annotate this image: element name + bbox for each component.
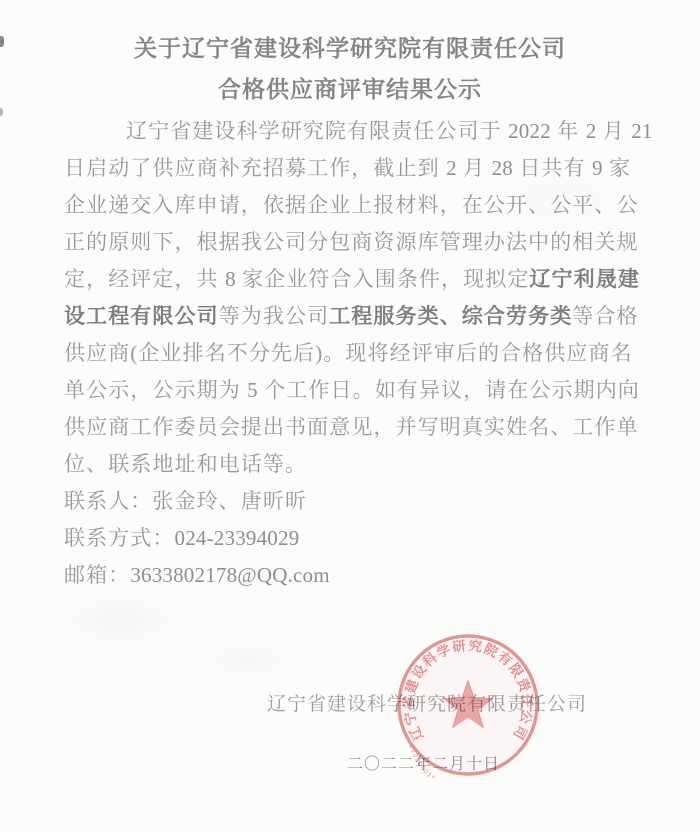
body-line: 供应商工作委员会提出书面意见，并写明真实姓名、工作单 bbox=[64, 409, 644, 446]
body-line: 辽宁省建设科学研究院有限责任公司于 2022 年 2 月 21 bbox=[64, 113, 644, 150]
document-page: 关于辽宁省建设科学研究院有限责任公司 合格供应商评审结果公示 辽宁省建设科学研究… bbox=[0, 0, 700, 832]
body-line: 企业递交入库申请，依据企业上报材料，在公开、公平、公 bbox=[64, 187, 644, 224]
body-line: 单公示，公示期为 5 个工作日。如有异议，请在公示期内向 bbox=[64, 372, 644, 409]
body-line: 日启动了供应商补充招募工作，截止到 2 月 28 日共有 9 家 bbox=[64, 150, 644, 187]
body-line: 供应商(企业排名不分先后)。现将经评审后的合格供应商名 bbox=[64, 335, 644, 372]
title-line-2: 合格供应商评审结果公示 bbox=[0, 69, 700, 110]
body-line: 邮箱：3633802178@QQ.com bbox=[64, 557, 644, 594]
body-line: 设工程有限公司等为我公司工程服务类、综合劳务类等合格 bbox=[64, 298, 644, 335]
body-line: 位、联系地址和电话等。 bbox=[64, 446, 644, 483]
body-line: 联系人：张金玲、唐昕昕 bbox=[64, 483, 644, 520]
title-line-1: 关于辽宁省建设科学研究院有限责任公司 bbox=[0, 28, 700, 69]
body-line: 正的原则下，根据我公司分包商资源库管理办法中的相关规 bbox=[64, 224, 644, 261]
official-seal: 辽宁省建设科学研究院有限责任公司 2102000192 bbox=[395, 632, 541, 778]
body-line: 联系方式：024-23394029 bbox=[64, 520, 644, 557]
body-line: 定，经评定，共 8 家企业符合入围条件，现拟定辽宁利晟建 bbox=[64, 261, 644, 298]
body-text: 辽宁省建设科学研究院有限责任公司于 2022 年 2 月 21日启动了供应商补充… bbox=[64, 113, 644, 594]
document-title: 关于辽宁省建设科学研究院有限责任公司 合格供应商评审结果公示 bbox=[0, 28, 700, 110]
